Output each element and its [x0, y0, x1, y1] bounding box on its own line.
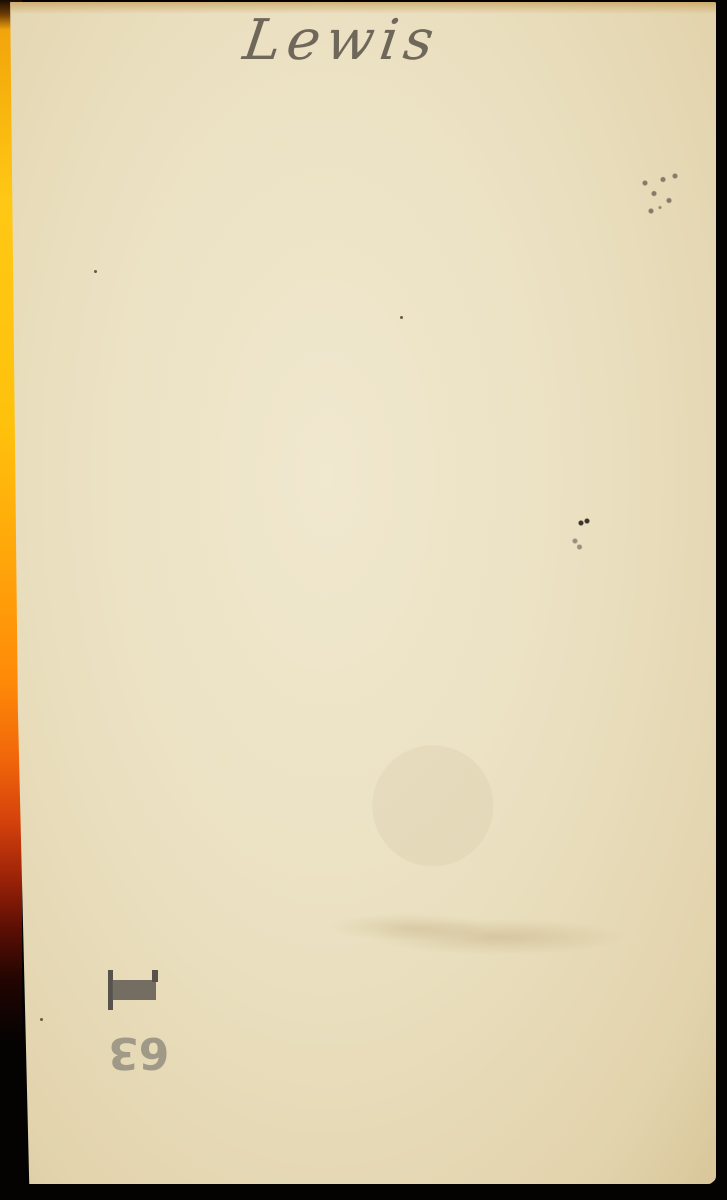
stamp-post-right: [152, 970, 158, 982]
paper-blemish: [400, 316, 403, 319]
foxing-spots-middle: [563, 517, 593, 557]
stamp-bar: [112, 980, 156, 1000]
handwritten-name: Lewis: [239, 8, 443, 73]
stamp-mark: [108, 970, 158, 1010]
card-back: Lewis 63: [8, 2, 716, 1184]
foxing-spots: [633, 162, 693, 232]
stamp-number: 63: [108, 1027, 169, 1078]
stamp-post-left: [108, 970, 113, 1010]
paper-blemish: [40, 1018, 43, 1021]
paper-blemish: [94, 270, 97, 273]
